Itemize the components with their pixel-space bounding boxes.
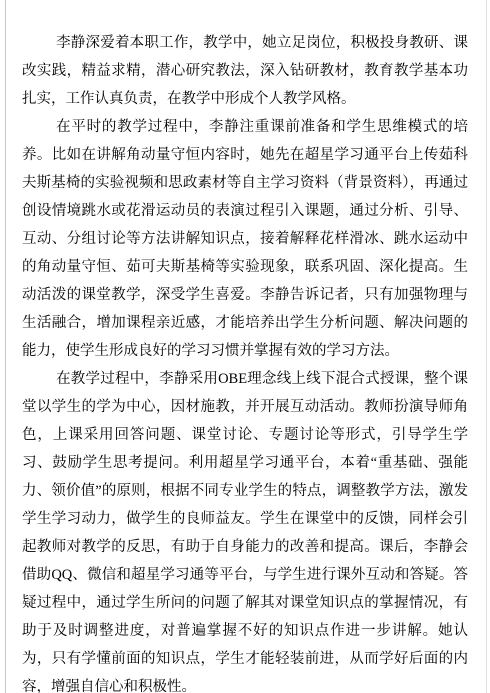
document-body: 李静深爱着本职工作，教学中，她立足岗位，积极投身教研、课改实践，精益求精，潜心研… xyxy=(22,29,468,693)
page-left-edge-line xyxy=(5,0,6,693)
paragraph: 在平时的教学过程中，李静注重课前准备和学生思维模式的培养。比如在讲解角动量守恒内… xyxy=(22,113,468,365)
paragraph: 在教学过程中，李静采用OBE理念线上线下混合式授课，整个课堂以学生的学为中心，因… xyxy=(22,365,468,693)
page-right-edge-line xyxy=(486,0,487,693)
paragraph: 李静深爱着本职工作，教学中，她立足岗位，积极投身教研、课改实践，精益求精，潜心研… xyxy=(22,29,468,113)
document-page: 李静深爱着本职工作，教学中，她立足岗位，积极投身教研、课改实践，精益求精，潜心研… xyxy=(0,0,490,693)
